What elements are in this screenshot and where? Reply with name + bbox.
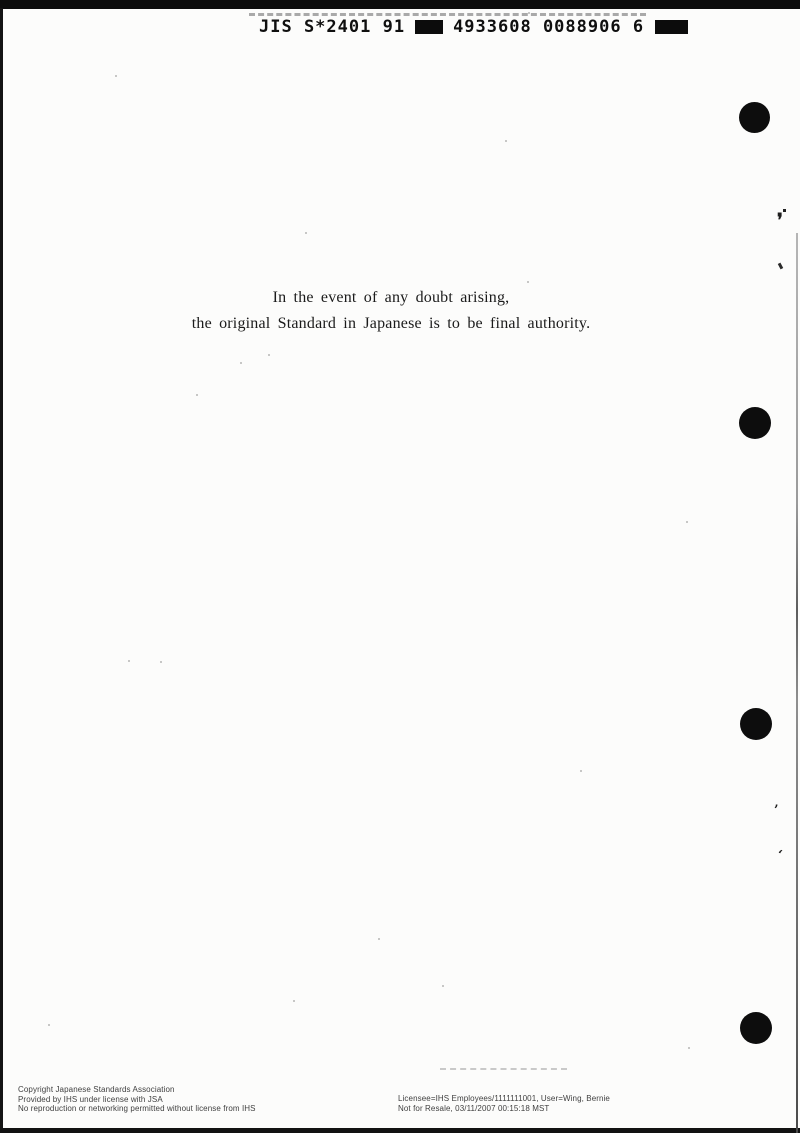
footer-copyright-line: Copyright Japanese Standards Association (18, 1085, 256, 1095)
scan-speck (378, 938, 380, 940)
punch-hole-mark (739, 102, 770, 133)
punch-hole-mark (739, 407, 771, 439)
scan-speck (305, 232, 307, 234)
scan-speck (778, 263, 783, 270)
license-footer: Licensee=IHS Employees/1111111001, User=… (398, 1094, 610, 1113)
scan-speck (505, 140, 507, 142)
scan-speck: ❜ (777, 210, 783, 231)
footer-provided-line: Provided by IHS under license with JSA (18, 1095, 256, 1105)
scan-speck (686, 521, 688, 523)
scan-edge-bottom (0, 1128, 800, 1133)
header-code-right: 4933608 0088906 6 (453, 17, 644, 37)
scan-speck (580, 770, 582, 772)
copyright-footer: Copyright Japanese Standards Association… (18, 1085, 256, 1114)
scan-speck (115, 75, 117, 77)
punch-hole-mark (740, 1012, 772, 1044)
footer-licensee-line: Licensee=IHS Employees/1111111001, User=… (398, 1094, 610, 1104)
scan-speck (240, 362, 242, 364)
scan-speck (160, 661, 162, 663)
filled-block-mark-icon (655, 20, 688, 34)
header-code-left: JIS S*2401 91 (259, 17, 405, 37)
scan-speck (442, 985, 444, 987)
footer-dotted-line (440, 1068, 567, 1070)
scan-speck (688, 1047, 690, 1049)
scan-speck (128, 660, 130, 662)
header-dashed-line (249, 13, 646, 16)
scan-speck (783, 209, 786, 212)
scan-speck (293, 1000, 295, 1002)
scan-speck (528, 12, 530, 14)
authority-notice: In the event of any doubt arising, the o… (0, 285, 782, 337)
notice-line-2: the original Standard in Japanese is to … (0, 311, 782, 337)
scan-speck (196, 394, 198, 396)
scan-speck: ‘ (775, 848, 784, 864)
scan-speck: ’ (774, 803, 779, 818)
filled-block-mark-icon (415, 20, 443, 34)
scan-edge-left (0, 8, 3, 1133)
scan-speck (268, 354, 270, 356)
footer-resale-line: Not for Resale, 03/11/2007 00:15:18 MST (398, 1104, 610, 1114)
notice-line-1: In the event of any doubt arising, (0, 285, 782, 311)
punch-hole-mark (740, 708, 772, 740)
footer-reproduction-line: No reproduction or networking permitted … (18, 1104, 256, 1114)
scan-speck (48, 1024, 50, 1026)
scan-speck (527, 281, 529, 283)
scan-edge-right-line (796, 233, 798, 1133)
scan-edge-top (0, 0, 800, 9)
document-code-header: JIS S*2401 91 4933608 0088906 6 (259, 17, 688, 37)
